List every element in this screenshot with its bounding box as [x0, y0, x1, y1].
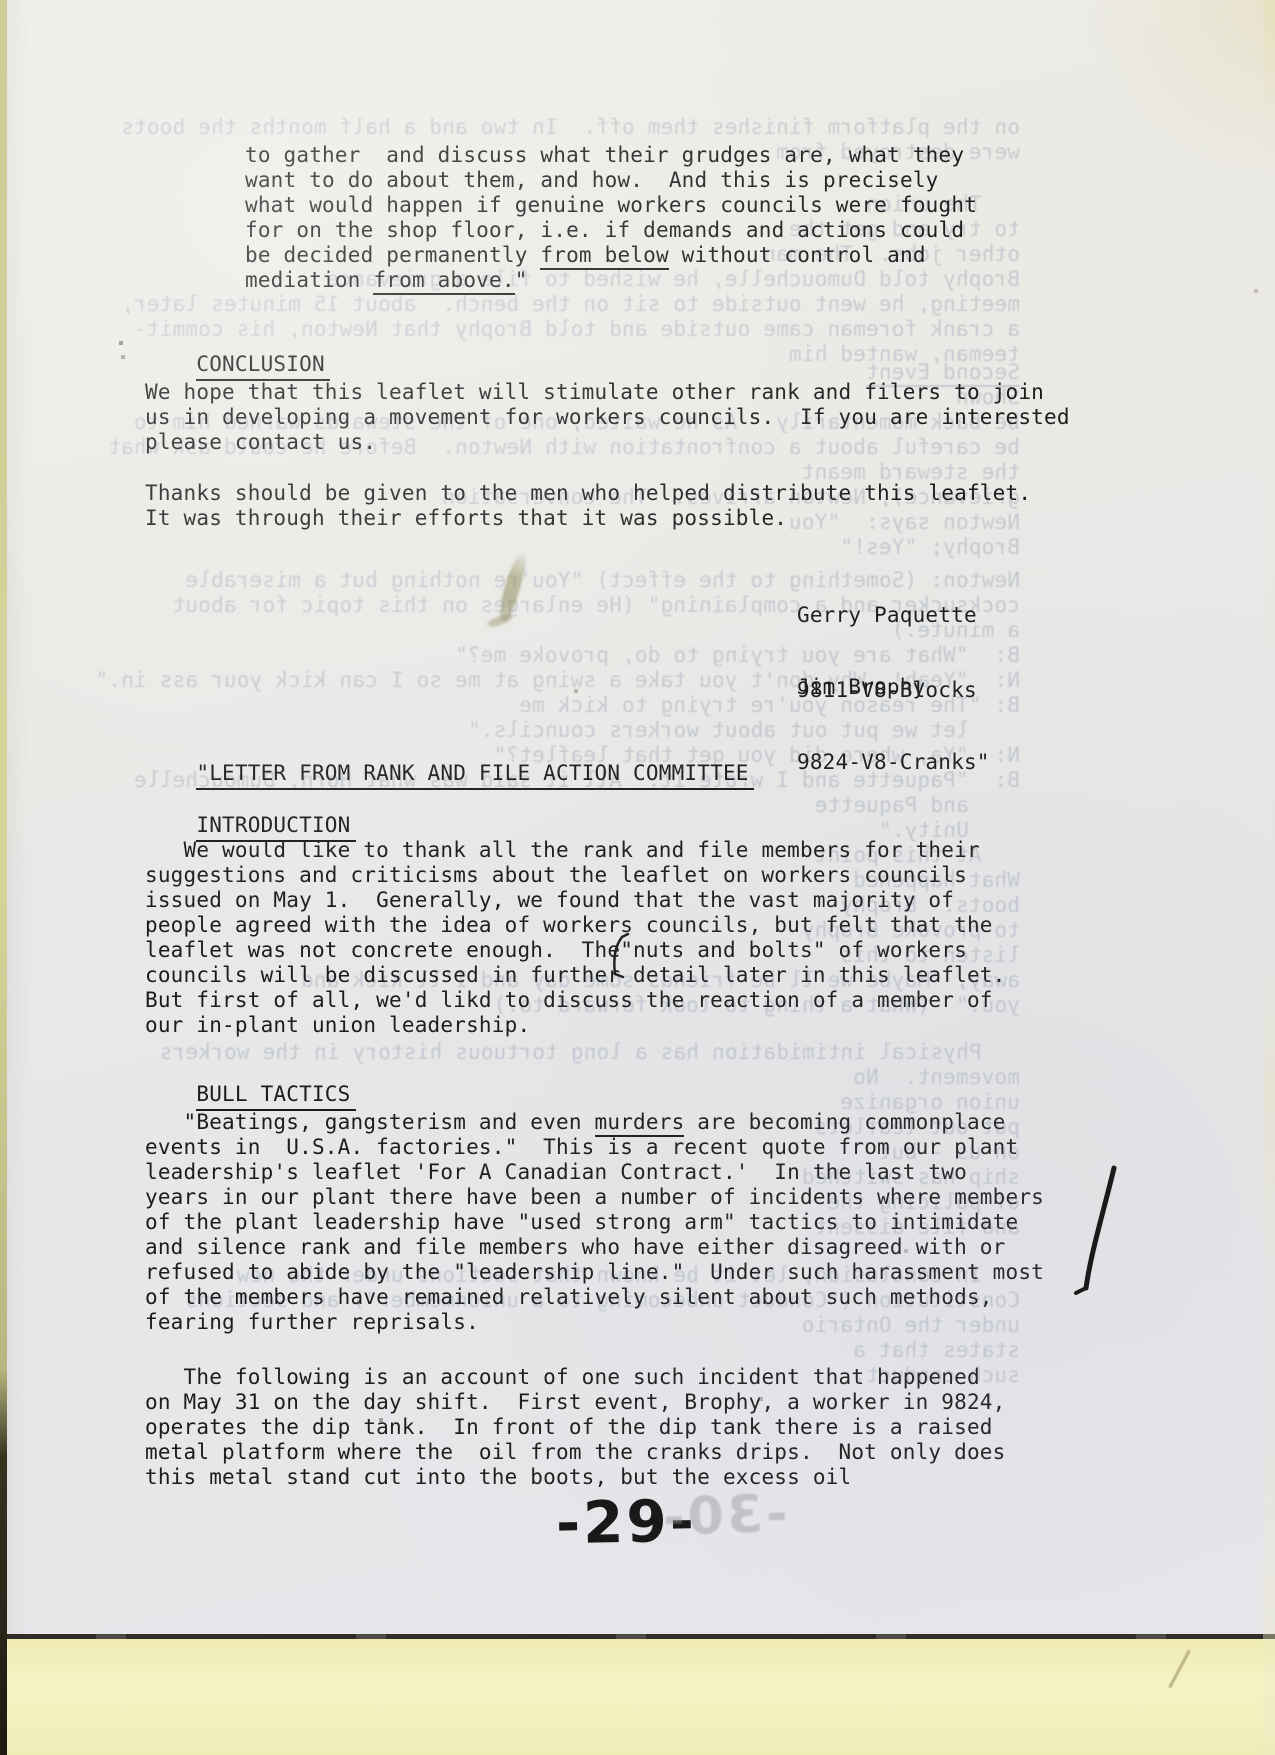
text-line: The following is an account of one such …	[145, 1365, 1006, 1390]
text-line: events in U.S.A. factories." This is a r…	[145, 1135, 1044, 1160]
text-line: people agreed with the idea of workers c…	[145, 913, 1006, 938]
introduction-paragraph: We would like to thank all the rank and …	[145, 838, 1006, 1038]
text-line: on May 31 on the day shift. First event,…	[145, 1390, 1006, 1415]
text-line: fearing further reprisals.	[145, 1310, 1044, 1335]
text-line: this metal stand cut into the boots, but…	[145, 1465, 1006, 1490]
text-line: councils will be discussed in further de…	[145, 963, 1006, 988]
text-line: We hope that this leaflet will stimulate…	[145, 380, 1070, 405]
text-line: suggestions and criticisms about the lea…	[145, 863, 1006, 888]
bleedthrough-line: teeman, wanted him	[789, 342, 1020, 367]
bleedthrough-line: states that a	[853, 1338, 1020, 1363]
text-line: us in developing a movement for workers …	[145, 405, 1070, 430]
text-line: issued on May 1. Generally, we found tha…	[145, 888, 1006, 913]
text-line: But first of all, we'd likd to discuss t…	[145, 988, 1006, 1013]
bleedthrough-line: meeting, he went outside to sit on the b…	[121, 292, 1020, 317]
signature-dept: 9824-V8-Cranks"	[797, 750, 990, 775]
text-line: We would like to thank all the rank and …	[145, 838, 1006, 863]
text-line: Thanks should be given to the men who he…	[145, 481, 1031, 506]
signature-name: Jim Brophy	[797, 675, 990, 700]
conclusion-heading-text: CONCLUSION	[196, 352, 329, 381]
scanned-page: on the platform finishes them off. In tw…	[0, 0, 1275, 1755]
text-line: leadership's leaflet 'For A Canadian Con…	[145, 1160, 1044, 1185]
bleedthrough-line: on the platform finishes them off. In tw…	[121, 115, 1020, 140]
page-bottom-edge-line	[6, 1634, 1275, 1639]
text-line: to gather and discuss what their grudges…	[245, 143, 977, 168]
conclusion-paragraph-2: Thanks should be given to the men who he…	[145, 481, 1031, 531]
scan-left-edge	[0, 0, 7, 1755]
text-line: want to do about them, and how. And this…	[245, 168, 977, 193]
quote-block: to gather and discuss what their grudges…	[245, 143, 977, 293]
bull-tactics-heading-text: BULL TACTICS	[196, 1082, 355, 1111]
paper-stain	[486, 612, 514, 629]
text-line: what would happen if genuine workers cou…	[245, 193, 977, 218]
underlying-page-edge	[0, 1639, 1275, 1755]
text-line: of the members have remained relatively …	[145, 1285, 1044, 1310]
bleedthrough-line: movement. No	[853, 1065, 1020, 1090]
text-line: "Beatings, gangsterism and even murders …	[145, 1110, 1044, 1135]
text-line: of the plant leadership have "used stron…	[145, 1210, 1044, 1235]
margin-slash-mark	[1086, 1168, 1114, 1288]
text-line: operates the dip tank. In front of the d…	[145, 1415, 1006, 1440]
text-line: our in-plant union leadership.	[145, 1013, 1006, 1038]
bleedthrough-page-number: -30-	[659, 1484, 789, 1548]
text-line: refused to abide by the "leadership line…	[145, 1260, 1044, 1285]
scan-right-edge	[1263, 0, 1275, 1755]
text-line: leaflet was not concrete enough. The"nut…	[145, 938, 1006, 963]
text-line: please contact us.	[145, 430, 1070, 455]
bull-tactics-paragraph-1: "Beatings, gangsterism and even murders …	[145, 1110, 1044, 1335]
paper-stain	[496, 551, 530, 622]
text-line: years in our plant there have been a num…	[145, 1185, 1044, 1210]
conclusion-paragraph-1: We hope that this leaflet will stimulate…	[145, 380, 1070, 455]
text-line: It was through their efforts that it was…	[145, 506, 1031, 531]
signature-block: Jim Brophy 9824-V8-Cranks"	[797, 625, 990, 825]
text-line: metal platform where the oil from the cr…	[145, 1440, 1006, 1465]
bull-tactics-paragraph-2: The following is an account of one such …	[145, 1365, 1006, 1490]
text-line: be decided permanently from below withou…	[245, 243, 977, 268]
text-line: for on the shop floor, i.e. if demands a…	[245, 218, 977, 243]
margin-slash-tail	[1076, 1288, 1086, 1293]
text-line: mediation from above."	[245, 268, 977, 293]
text-line: and silence rank and file members who ha…	[145, 1235, 1044, 1260]
letter-heading-text: "LETTER FROM RANK AND FILE ACTION COMMIT…	[196, 761, 753, 790]
